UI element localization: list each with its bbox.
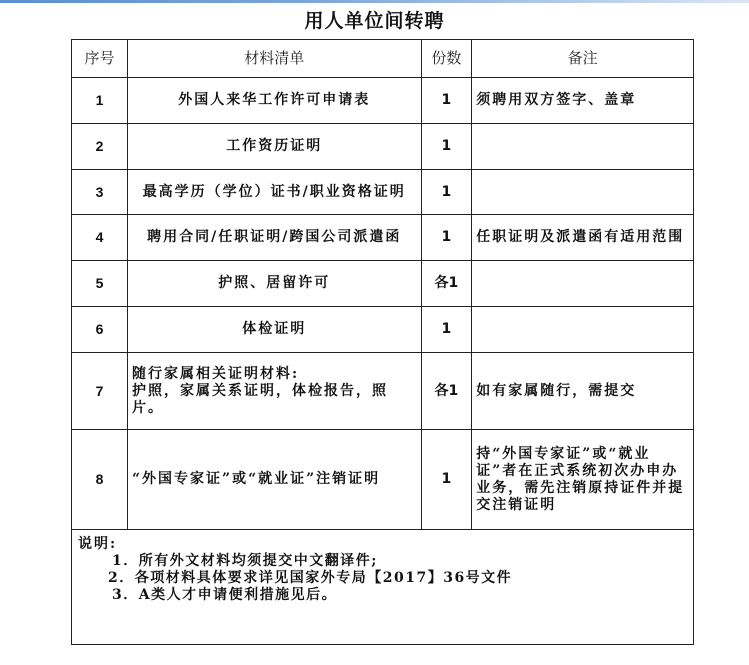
row-material: 随行家属相关证明材料: 护照，家属关系证明，体检报告，照片。 (127, 353, 421, 430)
row-material: 聘用合同/任职证明/跨国公司派遣函 (127, 215, 421, 261)
row-material-line2: 护照，家属关系证明，体检报告，照片。 (132, 383, 417, 417)
row-material: 工作资历证明 (127, 124, 421, 170)
notes-section: 说明: 1．所有外文材料均须提交中文翻译件; 2．各项材料具体要求详见国家外专局… (72, 530, 694, 645)
row-copies: 1 (421, 215, 472, 261)
row-seq: 2 (72, 124, 128, 170)
row-remarks: 如有家属随行，需提交 (472, 353, 694, 430)
row-material: 外国人来华工作许可申请表 (127, 78, 421, 124)
row-remarks: 须聘用双方签字、盖章 (472, 78, 694, 124)
header-copies: 份数 (421, 40, 472, 78)
row-copies: 各1 (421, 261, 472, 307)
table-row: 4 聘用合同/任职证明/跨国公司派遣函 1 任职证明及派遣函有适用范围 (72, 215, 694, 261)
table-row: 2 工作资历证明 1 (72, 124, 694, 170)
row-seq: 6 (72, 307, 128, 353)
row-copies: 各1 (421, 353, 472, 430)
row-seq: 7 (72, 353, 128, 430)
header-material: 材料清单 (127, 40, 421, 78)
row-material: 护照、居留许可 (127, 261, 421, 307)
notes-heading: 说明: (78, 536, 687, 553)
header-remarks: 备注 (472, 40, 694, 78)
row-seq: 8 (72, 430, 128, 530)
table-row: 8 “外国专家证”或“就业证”注销证明 1 持“外国专家证”或“就业证”者在正式… (72, 430, 694, 530)
table-row: 5 护照、居留许可 各1 (72, 261, 694, 307)
table-header-row: 序号 材料清单 份数 备注 (72, 40, 694, 78)
row-seq: 5 (72, 261, 128, 307)
table-row: 3 最高学历（学位）证书/职业资格证明 1 (72, 170, 694, 215)
row-material-line1: 随行家属相关证明材料: (132, 366, 417, 383)
table-row: 6 体检证明 1 (72, 307, 694, 353)
row-material: 体检证明 (127, 307, 421, 353)
notes-row: 说明: 1．所有外文材料均须提交中文翻译件; 2．各项材料具体要求详见国家外专局… (72, 530, 694, 645)
note-item: 3．A类人才申请便利措施见后。 (78, 587, 687, 604)
row-seq: 1 (72, 78, 128, 124)
row-remarks: 任职证明及派遣函有适用范围 (472, 215, 694, 261)
row-seq: 4 (72, 215, 128, 261)
row-copies: 1 (421, 307, 472, 353)
row-material: 最高学历（学位）证书/职业资格证明 (127, 170, 421, 215)
row-remarks (472, 170, 694, 215)
row-remarks (472, 307, 694, 353)
table-row: 7 随行家属相关证明材料: 护照，家属关系证明，体检报告，照片。 各1 如有家属… (72, 353, 694, 430)
row-seq: 3 (72, 170, 128, 215)
row-copies: 1 (421, 78, 472, 124)
row-material: “外国专家证”或“就业证”注销证明 (127, 430, 421, 530)
row-remarks: 持“外国专家证”或“就业证”者在正式系统初次办申办业务，需先注销原持证件并提交注… (472, 430, 694, 530)
materials-table: 序号 材料清单 份数 备注 1 外国人来华工作许可申请表 1 须聘用双方签字、盖… (71, 39, 694, 645)
row-copies: 1 (421, 430, 472, 530)
note-item: 1．所有外文材料均须提交中文翻译件; (78, 553, 687, 570)
table-row: 1 外国人来华工作许可申请表 1 须聘用双方签字、盖章 (72, 78, 694, 124)
document-title: 用人单位间转聘 (0, 6, 749, 33)
row-copies: 1 (421, 124, 472, 170)
top-accent-bar (0, 0, 749, 3)
row-remarks (472, 124, 694, 170)
row-copies: 1 (421, 170, 472, 215)
note-item: 2．各项材料具体要求详见国家外专局【2017】36号文件 (78, 570, 687, 587)
header-seq: 序号 (72, 40, 128, 78)
row-remarks (472, 261, 694, 307)
